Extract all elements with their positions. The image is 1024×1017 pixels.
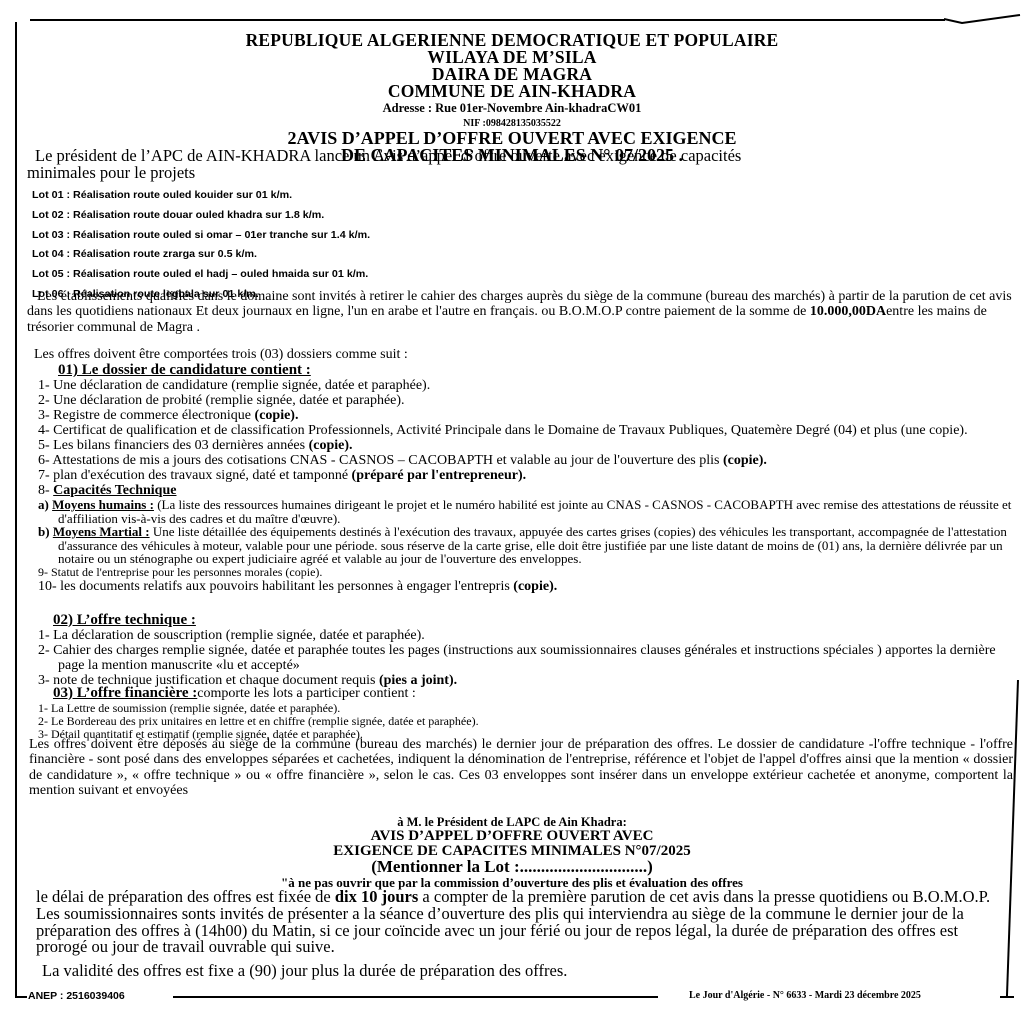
- retrait-amount: 10.000,00DA: [810, 304, 886, 319]
- dossier-candidature-heading: 01) Le dossier de candidature contient :: [28, 362, 1018, 378]
- delai-text: le délai de préparation des offres est f…: [36, 876, 996, 906]
- capacites-technique-heading: Capacités Technique: [53, 483, 176, 498]
- technique-item: 2- Cahier des charges remplie signée, da…: [36, 643, 1018, 673]
- item-number: 1-: [38, 378, 50, 393]
- item-number: 3-: [38, 408, 50, 423]
- item-text: Registre de commerce électronique: [53, 408, 254, 423]
- item-emphasis: (copie).: [723, 453, 767, 468]
- offre-technique-heading: 02) L’offre technique :: [28, 612, 1018, 628]
- item-text: Statut de l'entreprise pour les personne…: [51, 565, 322, 579]
- item-text: Cahier des charges remplie signée, datée…: [53, 643, 995, 673]
- item-number: 10-: [38, 579, 57, 594]
- retrait-paragraph: Les établissements qualifiés dans le dom…: [27, 289, 1012, 335]
- item-text: Attestations de mis a jours des cotisati…: [52, 453, 723, 468]
- item-number: 1-: [38, 701, 48, 715]
- frame-bottom-corner: [1000, 996, 1014, 998]
- item-number: 4-: [38, 423, 50, 438]
- item-text: Le Bordereau des prix unitaires en lettr…: [51, 714, 479, 728]
- offre-financiere-heading-suffix: comporte les lots a participer contient …: [197, 686, 415, 701]
- anep-reference: ANEP : 2516039406: [28, 990, 125, 1002]
- envelope-title-line1: AVIS D’APPEL D’OFFRE OUVERT AVEC: [0, 829, 1024, 844]
- item-number: 2-: [38, 393, 50, 408]
- candidature-item: 1- Une déclaration de candidature (rempl…: [36, 378, 1018, 393]
- item-letter: b): [38, 524, 50, 539]
- item-text: plan d'exécution des travaux signé, daté…: [53, 468, 351, 483]
- item-number: 1-: [38, 628, 50, 643]
- item-emphasis: (copie).: [255, 408, 299, 423]
- candidature-item: 4- Certificat de qualification et de cla…: [36, 423, 1018, 438]
- notice-header: REPUBLIQUE ALGERIENNE DEMOCRATIQUE ET PO…: [0, 32, 1024, 164]
- intro-line2: minimales pour le projets: [27, 164, 1014, 181]
- candidature-item-9: 9- Statut de l'entreprise pour les perso…: [36, 566, 1018, 579]
- dossier-candidature-section: Les offres doivent être comportées trois…: [28, 347, 1018, 594]
- validite-text: La validité des offres est fixe a (90) j…: [42, 963, 1002, 980]
- technique-item: 1- La déclaration de souscription (rempl…: [36, 628, 1018, 643]
- item-text: Une déclaration de candidature (remplie …: [53, 378, 430, 393]
- item-emphasis: (copie).: [513, 579, 557, 594]
- intro-line1: Le président de l’APC de AIN-KHADRA lanc…: [32, 147, 1014, 164]
- candidature-item: 7- plan d'exécution des travaux signé, d…: [36, 468, 1018, 483]
- lot-item: Lot 04 : Réalisation route zrarga sur 0.…: [32, 245, 1024, 265]
- depot-text: Les offres doivent être déposés au siège…: [29, 737, 1013, 799]
- item-text: La Lettre de soumission (remplie signée,…: [51, 701, 340, 715]
- frame-top-rule: [30, 19, 945, 21]
- item-emphasis: (préparé par l'entrepreneur).: [352, 468, 527, 483]
- item-number: 9-: [38, 565, 48, 579]
- item-text: les documents relatifs aux pouvoirs habi…: [60, 579, 513, 594]
- delai-paragraph: le délai de préparation des offres est f…: [36, 876, 996, 906]
- offre-financiere-section: 03) L’offre financière :comporte les lot…: [28, 685, 1018, 741]
- offre-financiere-heading-row: 03) L’offre financière :comporte les lot…: [28, 685, 1018, 702]
- item-number: 2-: [38, 714, 48, 728]
- item-emphasis: (copie).: [309, 438, 353, 453]
- publication-info: Le Jour d'Algérie - N° 6633 - Mardi 23 d…: [689, 990, 921, 1001]
- header-commune: COMMUNE DE AIN-KHADRA: [0, 83, 1024, 100]
- candidature-item: 5- Les bilans financiers des 03 dernière…: [36, 438, 1018, 453]
- item-text: Une déclaration de probité (remplie sign…: [53, 393, 404, 408]
- item-number: 7-: [38, 468, 50, 483]
- lots-list: Lot 01 : Réalisation route ouled kouider…: [32, 186, 1014, 305]
- item-number: 8-: [38, 483, 50, 498]
- intro-section: Le président de l’APC de AIN-KHADRA lanc…: [32, 147, 1014, 305]
- offres-intro: Les offres doivent être comportées trois…: [28, 347, 1018, 362]
- lot-item: Lot 03 : Réalisation route ouled si omar…: [32, 226, 1024, 246]
- item-text: La déclaration de souscription (remplie …: [53, 628, 425, 643]
- candidature-item: 3- Registre de commerce électronique (co…: [36, 408, 1018, 423]
- lot-item: Lot 01 : Réalisation route ouled kouider…: [32, 186, 1024, 206]
- seance-paragraph: Les soumissionnaires sonts invités de pr…: [36, 906, 996, 956]
- candidature-item: 6- Attestations de mis a jours des cotis…: [36, 453, 1018, 468]
- item-number: 5-: [38, 438, 50, 453]
- validite-paragraph: La validité des offres est fixe a (90) j…: [42, 963, 1002, 980]
- candidature-item-8: 8- Capacités Technique: [36, 483, 1018, 498]
- lot-item: Lot 05 : Réalisation route ouled el hadj…: [32, 265, 1024, 285]
- item-text: Les bilans financiers des 03 dernières a…: [53, 438, 308, 453]
- header-address: Adresse : Rue 01er-Novembre Ain-khadraCW…: [0, 100, 1024, 117]
- frame-bottom-rule-right: [173, 996, 658, 998]
- seance-text: Les soumissionnaires sonts invités de pr…: [36, 906, 996, 956]
- offre-technique-section: 02) L’offre technique : 1- La déclaratio…: [28, 612, 1018, 688]
- item-number: 2-: [38, 643, 50, 658]
- item-text: Une liste détaillée des équipements dest…: [58, 524, 1007, 566]
- moyens-materiel-item: b) Moyens Martial : Une liste détaillée …: [36, 525, 1018, 566]
- candidature-item: 2- Une déclaration de probité (remplie s…: [36, 393, 1018, 408]
- lot-item: Lot 02 : Réalisation route douar ouled k…: [32, 206, 1024, 226]
- offre-financiere-heading: 03) L’offre financière :: [53, 685, 197, 701]
- item-text: (La liste des ressources humaines dirige…: [58, 497, 1011, 526]
- moyens-humains-item: a) Moyens humains : (La liste des ressou…: [36, 498, 1018, 525]
- frame-bottom-rule-left: [15, 996, 27, 998]
- envelope-lot-mention: (Mentionner la Lot :....................…: [0, 859, 1024, 875]
- item-letter: a): [38, 497, 49, 512]
- item-text: Certificat de qualification et de classi…: [53, 423, 967, 438]
- item-number: 6-: [38, 453, 50, 468]
- depot-paragraph: Les offres doivent être déposés au siège…: [29, 737, 1013, 799]
- candidature-item-10: 10- les documents relatifs aux pouvoirs …: [36, 579, 1018, 594]
- frame-top-corner: [944, 14, 1022, 24]
